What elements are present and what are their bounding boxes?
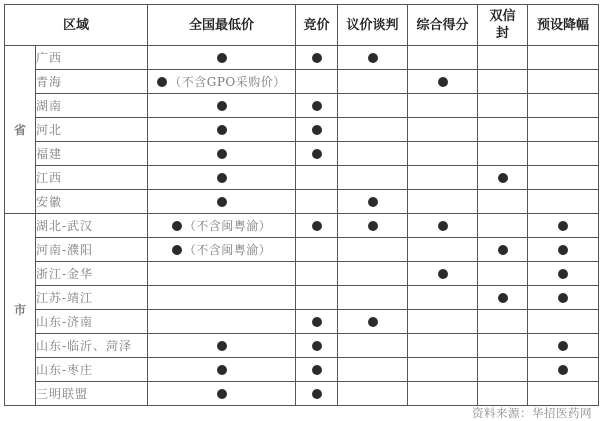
check-dot-icon: [438, 221, 448, 231]
table-row: 河南-濮阳（不含闽粤渝）: [5, 238, 599, 262]
negotiation-cell: [338, 286, 408, 310]
check-dot-icon: [312, 149, 322, 159]
double-envelope-cell: [478, 70, 528, 94]
preset-reduction-cell: [528, 46, 599, 70]
check-dot-icon: [558, 269, 568, 279]
composite-score-cell: [408, 166, 478, 190]
check-dot-icon: [312, 125, 322, 135]
negotiation-cell: [338, 238, 408, 262]
table-row: 山东-枣庄: [5, 358, 599, 382]
header-row: 区域 全国最低价 竞价 议价谈判 综合得分 双信封 预设降幅: [5, 5, 599, 46]
negotiation-cell: [338, 46, 408, 70]
negotiation-cell: [338, 334, 408, 358]
national-lowest-cell: [148, 46, 296, 70]
region-cell: 安徽: [36, 190, 148, 214]
table-row: 青海（不含GPO采购价）: [5, 70, 599, 94]
header-double-envelope: 双信封: [478, 5, 528, 46]
composite-score-cell: [408, 310, 478, 334]
preset-reduction-cell: [528, 118, 599, 142]
composite-score-cell: [408, 190, 478, 214]
preset-reduction-cell: [528, 142, 599, 166]
check-dot-icon: [172, 221, 182, 231]
national-lowest-cell: [148, 118, 296, 142]
check-dot-icon: [368, 53, 378, 63]
group-city: 市: [5, 214, 36, 406]
national-lowest-note: （不含闽粤渝）: [184, 219, 272, 233]
double-envelope-cell: [478, 142, 528, 166]
double-envelope-cell: [478, 46, 528, 70]
composite-score-cell: [408, 142, 478, 166]
check-dot-icon: [312, 101, 322, 111]
double-envelope-cell: [478, 262, 528, 286]
double-envelope-cell: [478, 238, 528, 262]
table-row: 河北: [5, 118, 599, 142]
negotiation-cell: [338, 310, 408, 334]
bidding-cell: [296, 190, 338, 214]
bidding-cell: [296, 310, 338, 334]
negotiation-cell: [338, 94, 408, 118]
region-cell: 河北: [36, 118, 148, 142]
header-composite-score: 综合得分: [408, 5, 478, 46]
bidding-cell: [296, 286, 338, 310]
composite-score-cell: [408, 118, 478, 142]
region-cell: 浙江-金华: [36, 262, 148, 286]
double-envelope-cell: [478, 286, 528, 310]
region-cell: 福建: [36, 142, 148, 166]
check-dot-icon: [438, 77, 448, 87]
national-lowest-cell: [148, 262, 296, 286]
header-double-envelope-line2: 封: [496, 26, 509, 41]
check-dot-icon: [312, 365, 322, 375]
double-envelope-cell: [478, 310, 528, 334]
check-dot-icon: [217, 389, 227, 399]
region-cell: 湖北-武汉: [36, 214, 148, 238]
national-lowest-note: （不含闽粤渝）: [184, 243, 272, 257]
national-lowest-cell: [148, 94, 296, 118]
national-lowest-cell: [148, 382, 296, 406]
negotiation-cell: [338, 118, 408, 142]
preset-reduction-cell: [528, 334, 599, 358]
preset-reduction-cell: [528, 166, 599, 190]
double-envelope-cell: [478, 358, 528, 382]
negotiation-cell: [338, 70, 408, 94]
header-bidding: 竞价: [296, 5, 338, 46]
double-envelope-cell: [478, 382, 528, 406]
double-envelope-cell: [478, 94, 528, 118]
bidding-cell: [296, 166, 338, 190]
composite-score-cell: [408, 262, 478, 286]
double-envelope-cell: [478, 214, 528, 238]
source-note: 资料来源：华招医药网: [472, 405, 592, 421]
composite-score-cell: [408, 358, 478, 382]
national-lowest-note: （不含GPO采购价）: [169, 75, 286, 89]
preset-reduction-cell: [528, 214, 599, 238]
table-row: 江西: [5, 166, 599, 190]
region-cell: 湖南: [36, 94, 148, 118]
table-row: 福建: [5, 142, 599, 166]
table-row: 浙江-金华: [5, 262, 599, 286]
check-dot-icon: [558, 245, 568, 255]
table-row: 市湖北-武汉（不含闽粤渝）: [5, 214, 599, 238]
table-row: 安徽: [5, 190, 599, 214]
header-preset-reduction: 预设降幅: [528, 5, 599, 46]
double-envelope-cell: [478, 190, 528, 214]
check-dot-icon: [498, 173, 508, 183]
preset-reduction-cell: [528, 190, 599, 214]
check-dot-icon: [558, 365, 568, 375]
check-dot-icon: [217, 101, 227, 111]
composite-score-cell: [408, 286, 478, 310]
region-cell: 山东-济南: [36, 310, 148, 334]
negotiation-cell: [338, 190, 408, 214]
composite-score-cell: [408, 46, 478, 70]
region-cell: 山东-临沂、菏泽: [36, 334, 148, 358]
national-lowest-cell: [148, 190, 296, 214]
composite-score-cell: [408, 238, 478, 262]
region-cell: 江西: [36, 166, 148, 190]
check-dot-icon: [312, 389, 322, 399]
check-dot-icon: [217, 53, 227, 63]
composite-score-cell: [408, 334, 478, 358]
procurement-methods-table: 区域 全国最低价 竞价 议价谈判 综合得分 双信封 预设降幅 省广西青海（不含G…: [4, 4, 599, 406]
check-dot-icon: [217, 197, 227, 207]
bidding-cell: [296, 334, 338, 358]
negotiation-cell: [338, 166, 408, 190]
negotiation-cell: [338, 382, 408, 406]
national-lowest-cell: [148, 286, 296, 310]
national-lowest-cell: [148, 334, 296, 358]
check-dot-icon: [438, 269, 448, 279]
bidding-cell: [296, 382, 338, 406]
preset-reduction-cell: [528, 286, 599, 310]
table-row: 山东-临沂、菏泽: [5, 334, 599, 358]
bidding-cell: [296, 238, 338, 262]
check-dot-icon: [312, 53, 322, 63]
table-row: 山东-济南: [5, 310, 599, 334]
check-dot-icon: [498, 293, 508, 303]
bidding-cell: [296, 46, 338, 70]
preset-reduction-cell: [528, 358, 599, 382]
region-cell: 江苏-靖江: [36, 286, 148, 310]
preset-reduction-cell: [528, 70, 599, 94]
check-dot-icon: [368, 197, 378, 207]
check-dot-icon: [558, 221, 568, 231]
check-dot-icon: [217, 125, 227, 135]
check-dot-icon: [217, 365, 227, 375]
table-row: 湖南: [5, 94, 599, 118]
bidding-cell: [296, 70, 338, 94]
table-row: 省广西: [5, 46, 599, 70]
region-cell: 山东-枣庄: [36, 358, 148, 382]
check-dot-icon: [312, 317, 322, 327]
check-dot-icon: [217, 341, 227, 351]
bidding-cell: [296, 262, 338, 286]
bidding-cell: [296, 142, 338, 166]
national-lowest-cell: [148, 358, 296, 382]
double-envelope-cell: [478, 334, 528, 358]
check-dot-icon: [312, 221, 322, 231]
national-lowest-cell: [148, 166, 296, 190]
check-dot-icon: [368, 317, 378, 327]
check-dot-icon: [558, 293, 568, 303]
check-dot-icon: [217, 173, 227, 183]
region-cell: 广西: [36, 46, 148, 70]
header-negotiation: 议价谈判: [338, 5, 408, 46]
composite-score-cell: [408, 382, 478, 406]
region-cell: 三明联盟: [36, 382, 148, 406]
region-cell: 河南-濮阳: [36, 238, 148, 262]
negotiation-cell: [338, 142, 408, 166]
table-row: 三明联盟: [5, 382, 599, 406]
negotiation-cell: [338, 214, 408, 238]
composite-score-cell: [408, 94, 478, 118]
group-province: 省: [5, 46, 36, 214]
bidding-cell: [296, 94, 338, 118]
check-dot-icon: [157, 77, 167, 87]
national-lowest-cell: （不含闽粤渝）: [148, 214, 296, 238]
bidding-cell: [296, 358, 338, 382]
check-dot-icon: [172, 245, 182, 255]
negotiation-cell: [338, 358, 408, 382]
check-dot-icon: [368, 221, 378, 231]
preset-reduction-cell: [528, 382, 599, 406]
national-lowest-cell: （不含闽粤渝）: [148, 238, 296, 262]
composite-score-cell: [408, 70, 478, 94]
preset-reduction-cell: [528, 238, 599, 262]
check-dot-icon: [498, 245, 508, 255]
national-lowest-cell: （不含GPO采购价）: [148, 70, 296, 94]
negotiation-cell: [338, 262, 408, 286]
header-region: 区域: [5, 5, 148, 46]
header-national-lowest: 全国最低价: [148, 5, 296, 46]
preset-reduction-cell: [528, 262, 599, 286]
preset-reduction-cell: [528, 94, 599, 118]
preset-reduction-cell: [528, 310, 599, 334]
table-row: 江苏-靖江: [5, 286, 599, 310]
check-dot-icon: [312, 341, 322, 351]
national-lowest-cell: [148, 310, 296, 334]
region-cell: 青海: [36, 70, 148, 94]
bidding-cell: [296, 118, 338, 142]
national-lowest-cell: [148, 142, 296, 166]
double-envelope-cell: [478, 166, 528, 190]
header-double-envelope-line1: 双信: [490, 9, 516, 24]
composite-score-cell: [408, 214, 478, 238]
check-dot-icon: [558, 341, 568, 351]
check-dot-icon: [217, 149, 227, 159]
bidding-cell: [296, 214, 338, 238]
double-envelope-cell: [478, 118, 528, 142]
